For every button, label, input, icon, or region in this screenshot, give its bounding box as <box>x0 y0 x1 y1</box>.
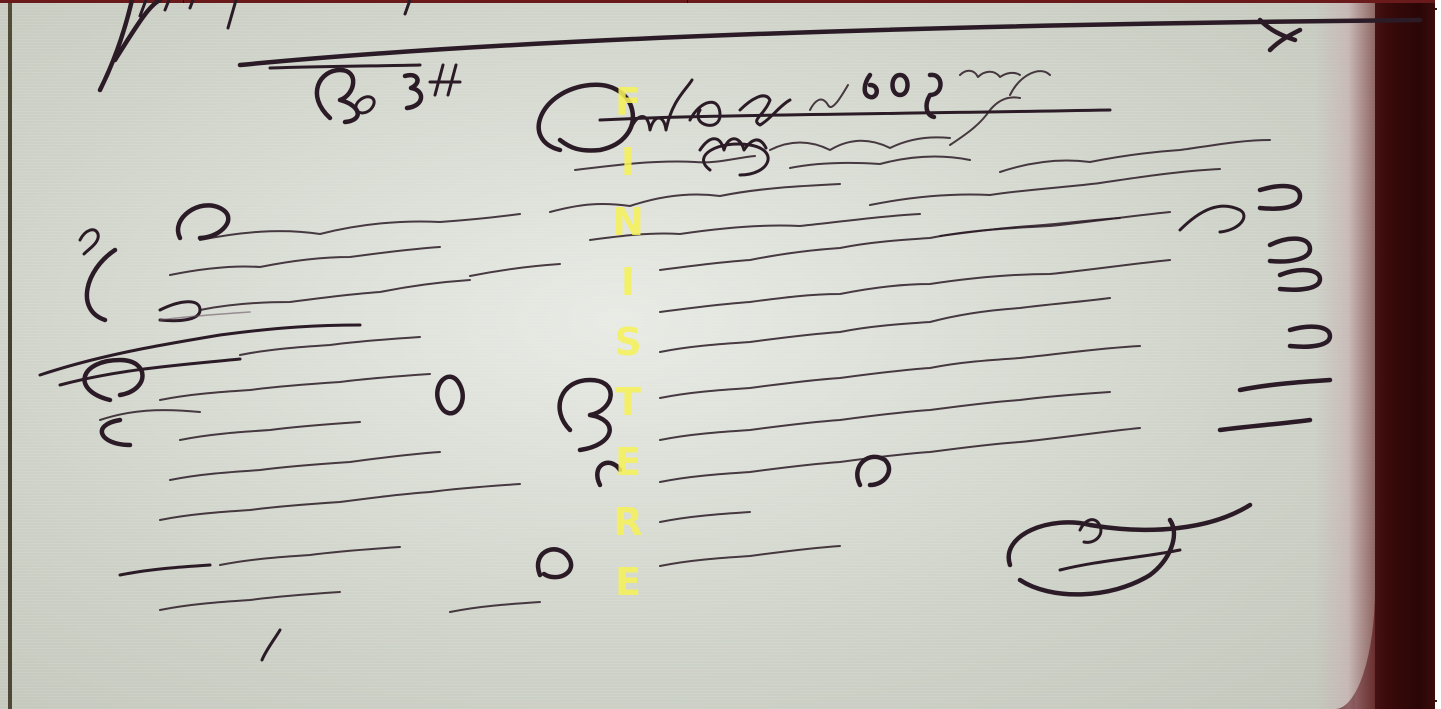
watermark-letter: I <box>621 252 635 312</box>
watermark-letter: N <box>612 192 644 252</box>
watermark-finistere: F I N I S T E R E <box>608 72 648 612</box>
handwriting-ink <box>0 0 1435 709</box>
watermark-letter: E <box>615 432 641 492</box>
watermark-letter: E <box>615 552 641 612</box>
watermark-letter: F <box>615 72 641 132</box>
watermark-letter: T <box>615 372 641 432</box>
watermark-letter: S <box>614 312 641 372</box>
watermark-letter: R <box>613 492 642 552</box>
watermark-letter: I <box>621 132 635 192</box>
right-margin-strip <box>1435 0 1441 709</box>
document-viewer: F I N I S T E R E Bo 3 ff Du 4 jour 28 d… <box>0 0 1435 709</box>
